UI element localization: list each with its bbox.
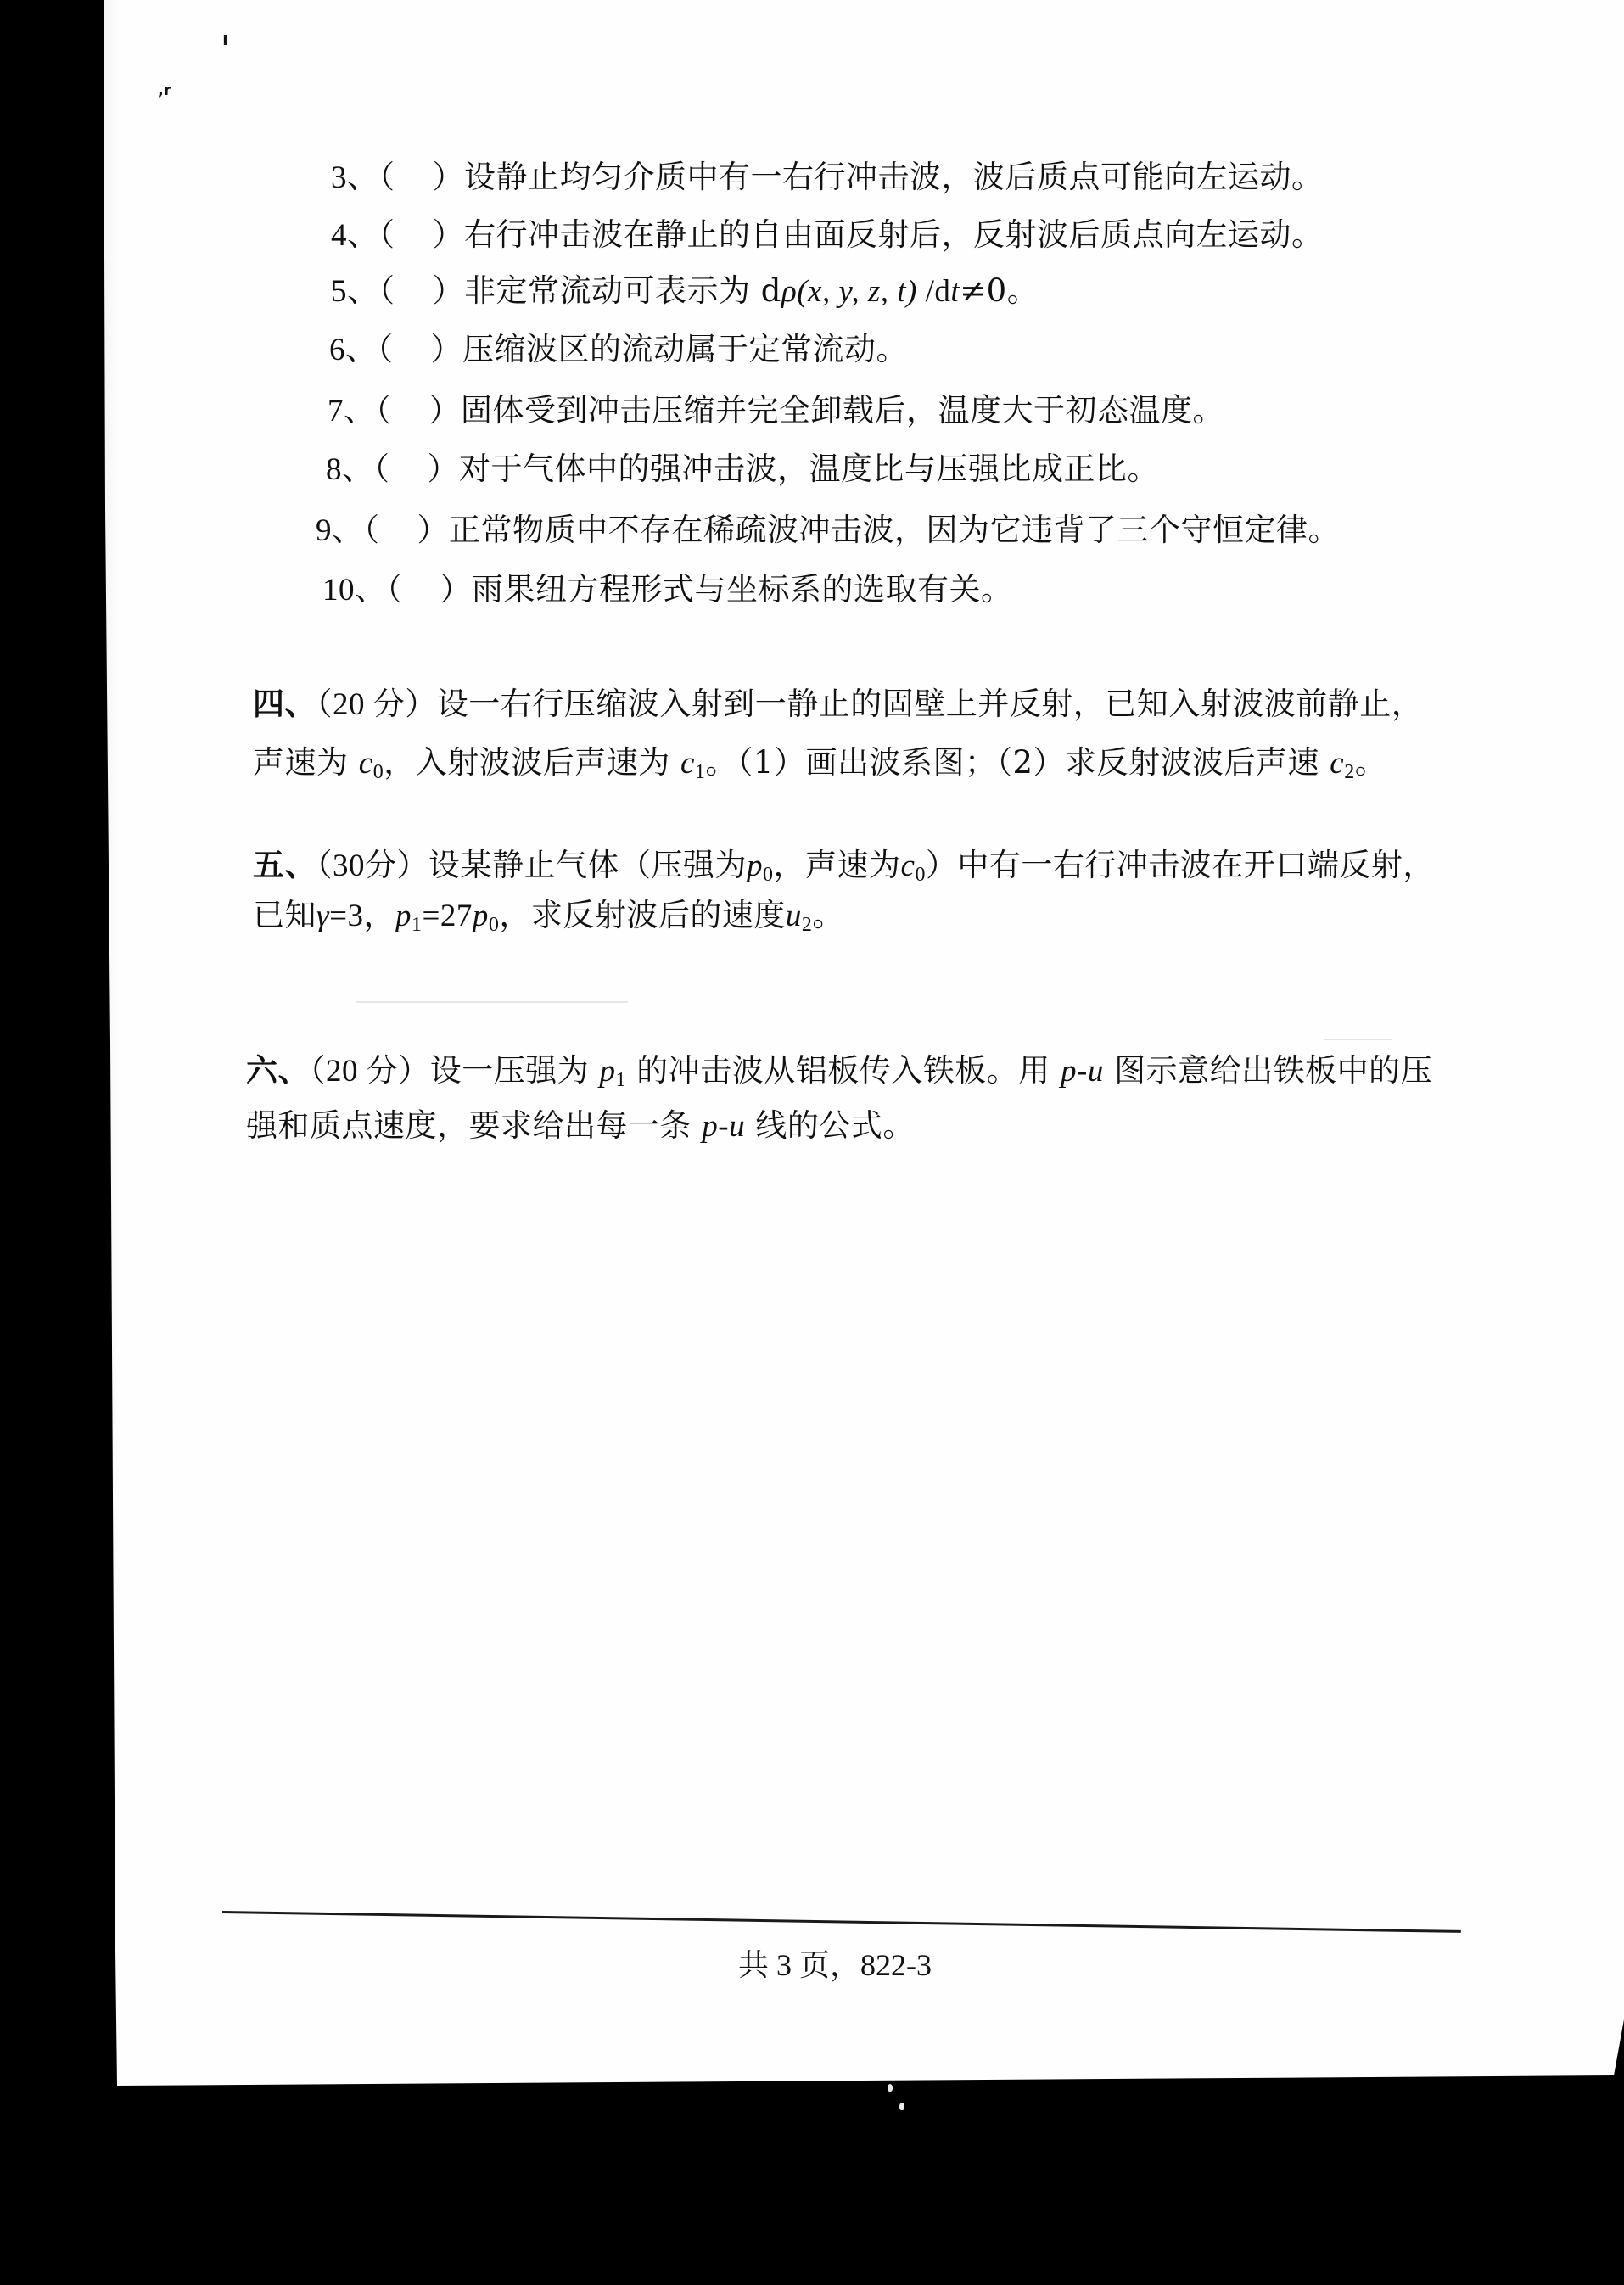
math-symbol: p xyxy=(747,848,763,883)
item-number: 5、 xyxy=(331,274,379,309)
section-text: 设某静止气体（压强为 xyxy=(428,847,747,883)
section-text: 设一压强为 xyxy=(430,1052,600,1089)
math-variable-c0: c0 xyxy=(901,848,926,883)
math-symbol: p xyxy=(473,899,489,933)
item-number: 10、 xyxy=(322,573,387,608)
section-five-line-1: 五、（30分）设某静止气体（压强为p0，声速为c0）中有一右行冲击波在开口端反射… xyxy=(253,845,1435,886)
answer-close-paren: ） xyxy=(440,571,473,608)
item-text: 雨果纽方程形式与坐标系的选取有关。 xyxy=(472,571,1013,608)
math-subscript: 0 xyxy=(489,914,500,936)
section-text: ，声速为 xyxy=(774,847,901,883)
item-number: 3、 xyxy=(331,160,379,195)
item-text: 压缩波区的流动属于定常流动。 xyxy=(462,331,908,367)
section-five-line-2: 已知γ=3，p1=27p0，求反射波后的速度u2。 xyxy=(253,896,844,936)
item-9: 9、（）正常物质中不存在稀疏波冲击波，因为它违背了三个守恒定律。 xyxy=(316,511,1340,551)
math-variable-c0: c0 xyxy=(359,746,384,781)
math-variable-gamma: γ xyxy=(316,899,329,933)
math-expression: ρ(x, y, z, t) xyxy=(781,274,917,309)
scan-edge-shadow xyxy=(104,0,119,2086)
item-4: 4、（）右行冲击波在静止的自由面反射后，反射波后质点向左运动。 xyxy=(331,216,1324,255)
item-text: 非定常流动可表示为 d xyxy=(464,272,781,309)
answer-open-paren: （ xyxy=(379,159,395,195)
math-subscript: 0 xyxy=(763,864,774,886)
math-variable-pu: p-u xyxy=(1061,1054,1104,1089)
section-text: =3， xyxy=(329,899,395,933)
section-points: （20 分） xyxy=(316,687,437,722)
math-symbol: c xyxy=(901,848,916,883)
section-points: （30分） xyxy=(316,848,428,883)
item-number: 4、 xyxy=(331,218,379,253)
math-subscript: 0 xyxy=(373,761,384,783)
item-5: 5、（）非定常流动可表示为 dρ(x, y, z, t) /dt≠0。 xyxy=(331,272,1039,311)
item-6: 6、（）压缩波区的流动属于定常流动。 xyxy=(329,330,908,370)
answer-close-paren: ） xyxy=(417,512,450,548)
section-text: 。 xyxy=(1355,744,1387,781)
scan-mark-second: ,r xyxy=(158,81,171,99)
section-text: 强和质点速度，要求给出每一条 xyxy=(246,1107,702,1144)
section-label: 六、 xyxy=(246,1051,310,1089)
section-text: ）中有一右行冲击波在开口端反射， xyxy=(926,847,1435,883)
math-subscript: 2 xyxy=(1344,761,1355,783)
item-8: 8、（）对于气体中的强冲击波，温度比与压强比成正比。 xyxy=(326,450,1159,490)
item-text: /d xyxy=(917,274,951,309)
scan-speck xyxy=(888,2084,893,2092)
math-variable-u2: u2 xyxy=(786,899,813,933)
section-text: 。 xyxy=(812,897,844,933)
scan-streak xyxy=(1324,1039,1392,1040)
section-six-line-1: 六、（20 分）设一压强为 p1 的冲击波从铝板传入铁板。用 p-u 图示意给出… xyxy=(246,1050,1432,1091)
item-text: 固体受到冲击压缩并完全卸载后，温度大于初态温度。 xyxy=(461,392,1224,428)
section-four-line-2: 声速为 c0，入射波波后声速为 c1。（1）画出波系图；（2）求反射波波后声速 … xyxy=(253,743,1386,783)
answer-open-paren: （ xyxy=(387,571,403,608)
section-four-line-1: 四、（20 分）设一右行压缩波入射到一静止的固壁上并反射，已知入射波波前静止， xyxy=(253,684,1423,725)
answer-close-paren: ） xyxy=(431,331,463,367)
answer-close-paren: ） xyxy=(428,451,460,487)
answer-open-paren: （ xyxy=(379,216,395,253)
math-symbol: p xyxy=(395,899,412,933)
item-3: 3、（）设静止均匀介质中有一右行冲击波，波后质点可能向左运动。 xyxy=(331,158,1324,198)
math-symbol: c xyxy=(680,746,695,781)
answer-open-paren: （ xyxy=(378,331,394,367)
item-text: 右行冲击波在静止的自由面反射后，反射波后质点向左运动。 xyxy=(464,216,1324,253)
section-text: 的冲击波从铝板传入铁板。用 xyxy=(626,1052,1061,1089)
section-text: 已知 xyxy=(253,897,316,933)
section-label: 五、 xyxy=(253,846,316,883)
math-symbol: c xyxy=(359,746,373,781)
answer-open-paren: （ xyxy=(374,451,390,487)
item-7: 7、（）固体受到冲击压缩并完全卸载后，温度大于初态温度。 xyxy=(328,391,1224,431)
footer-divider xyxy=(222,1911,1461,1933)
math-variable: t xyxy=(950,274,960,309)
section-text: 线的公式。 xyxy=(745,1107,915,1144)
math-symbol: c xyxy=(1330,746,1344,781)
math-variable-p1: p1 xyxy=(395,899,423,933)
scan-speck xyxy=(899,2103,904,2110)
math-symbol: p xyxy=(600,1054,616,1089)
item-text: 设静止均匀介质中有一右行冲击波，波后质点可能向左运动。 xyxy=(464,159,1324,195)
math-subscript: 1 xyxy=(695,761,706,783)
answer-open-paren: （ xyxy=(376,392,392,428)
section-label: 四、 xyxy=(253,685,316,722)
item-text: 正常物质中不存在稀疏波冲击波，因为它违背了三个守恒定律。 xyxy=(449,512,1340,548)
math-subscript: 1 xyxy=(616,1069,627,1091)
section-points: （20 分） xyxy=(310,1054,430,1089)
scanned-paper: ı ,r 3、（）设静止均匀介质中有一右行冲击波，波后质点可能向左运动。 4、（… xyxy=(0,0,1624,2285)
math-variable-c1: c1 xyxy=(680,746,705,781)
section-text: 图示意给出铁板中的压 xyxy=(1104,1052,1432,1089)
answer-close-paren: ） xyxy=(433,159,465,195)
math-variable-p1: p1 xyxy=(600,1054,627,1089)
answer-close-paren: ） xyxy=(433,272,465,309)
math-variable-c2: c2 xyxy=(1330,746,1354,781)
math-variable-p0: p0 xyxy=(747,848,774,883)
section-text: 。（1）画出波系图；（2）求反射波波后声速 xyxy=(705,744,1330,781)
section-six-line-2: 强和质点速度，要求给出每一条 p-u 线的公式。 xyxy=(246,1106,915,1146)
scan-streak xyxy=(356,1001,628,1003)
item-number: 9、 xyxy=(316,513,364,548)
section-text: 设一右行压缩波入射到一静止的固壁上并反射，已知入射波波前静止， xyxy=(437,686,1424,722)
page-footer: 共 3 页，822-3 xyxy=(738,1941,932,1985)
item-10: 10、（）雨果纽方程形式与坐标系的选取有关。 xyxy=(322,570,1013,610)
item-number: 7、 xyxy=(328,394,376,428)
math-variable-pu: p-u xyxy=(702,1109,745,1144)
section-text: ，求反射波后的速度 xyxy=(499,897,786,933)
section-text: =27 xyxy=(422,899,472,933)
answer-open-paren: （ xyxy=(364,512,380,548)
item-number: 6、 xyxy=(329,333,378,367)
answer-open-paren: （ xyxy=(379,272,395,309)
math-variable-p0: p0 xyxy=(473,899,500,933)
math-subscript: 2 xyxy=(802,914,813,936)
item-text: ≠0。 xyxy=(960,272,1039,309)
scan-mark-top: ı xyxy=(222,29,229,50)
answer-close-paren: ） xyxy=(429,392,462,428)
math-subscript: 1 xyxy=(412,914,423,936)
item-number: 8、 xyxy=(326,452,374,487)
math-symbol: u xyxy=(786,899,802,933)
answer-close-paren: ） xyxy=(433,216,465,253)
item-text: 对于气体中的强冲击波，温度比与压强比成正比。 xyxy=(459,451,1159,487)
section-text: 声速为 xyxy=(253,744,359,781)
section-text: ，入射波波后声速为 xyxy=(384,744,680,781)
math-subscript: 0 xyxy=(915,864,926,886)
